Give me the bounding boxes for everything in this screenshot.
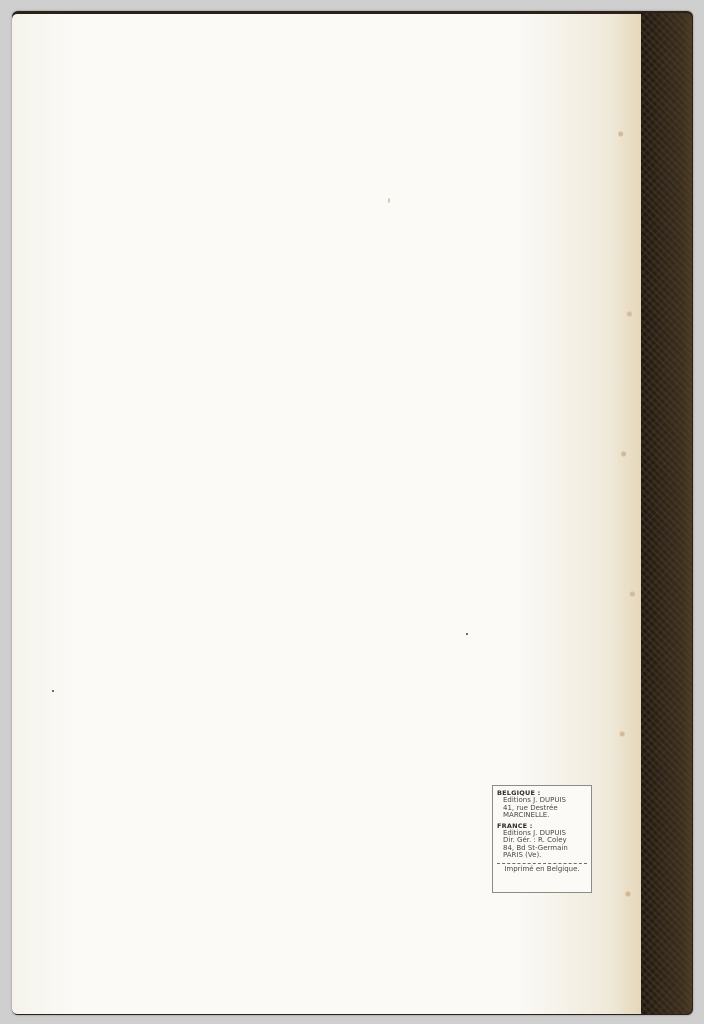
belgique-line: MARCINELLE. — [497, 812, 587, 819]
printed-in-note: Imprimé en Belgique. — [497, 866, 587, 873]
speck — [52, 690, 54, 692]
book-spine — [641, 13, 692, 1014]
dashed-divider — [497, 863, 587, 864]
speck — [388, 198, 390, 203]
france-line: PARIS (Ve). — [497, 852, 587, 859]
speck — [466, 633, 468, 635]
foxed-edge — [612, 14, 641, 1014]
publisher-imprint-box: BELGIQUE : Editions J. DUPUIS 41, rue De… — [492, 785, 592, 893]
